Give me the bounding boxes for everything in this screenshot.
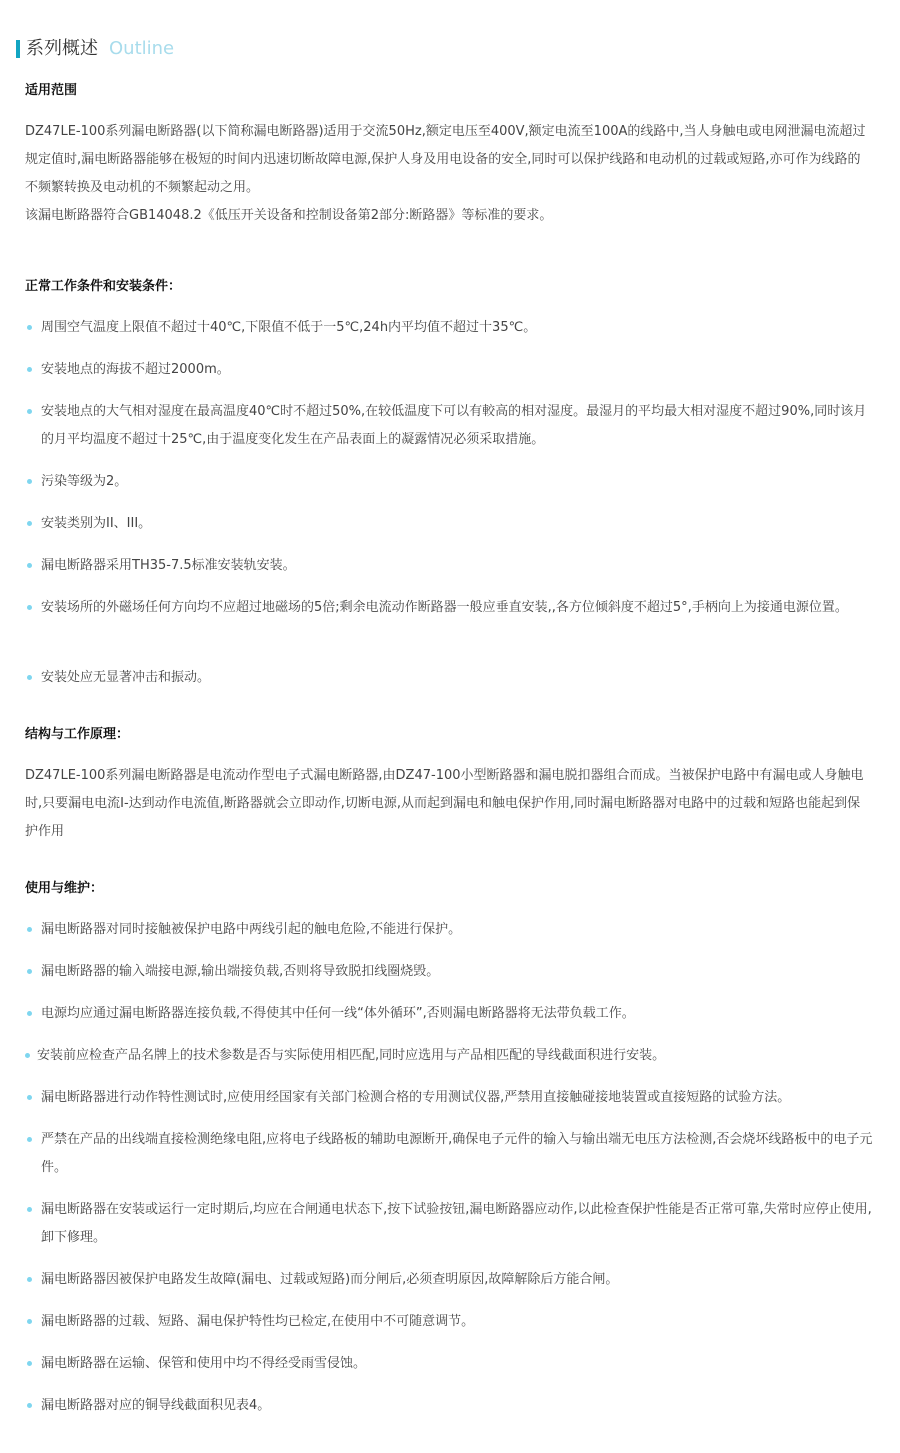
bullet-dot-icon <box>27 1207 32 1212</box>
maintenance-item: 严禁在产品的出线端直接检测绝缘电阻,应将电子线路板的辅助电源断开,确保电子元件的… <box>25 1126 873 1182</box>
heading-structure: 结构与工作原理： <box>25 725 129 745</box>
bullet-dot-icon <box>27 605 32 610</box>
maintenance-item: 漏电断路器进行动作特性测试时,应使用经国家有关部门检测合格的专用测试仪器,严禁用… <box>25 1084 873 1112</box>
maintenance-item: 漏电断路器在安装或运行一定时期后,均应在合闸通电状态下,按下试验按钮,漏电断路器… <box>25 1196 873 1252</box>
bullet-dot-icon <box>27 1095 32 1100</box>
bullet-dot-icon <box>27 969 32 974</box>
bullet-dot-icon <box>27 409 32 414</box>
maintenance-item: 漏电断路器的输入端接电源,输出端接负载,否则将导致脱扣线圈烧毁。 <box>25 958 873 986</box>
bullet-dot-icon <box>27 1011 32 1016</box>
maintenance-item: 漏电断路器的过载、短路、漏电保护特性均已检定,在使用中不可随意调节。 <box>25 1308 873 1336</box>
bullet-dot-icon <box>27 675 32 680</box>
heading-conditions: 正常工作条件和安装条件： <box>25 277 181 297</box>
bullet-dot-icon <box>27 521 32 526</box>
scope-paragraph-2: 该漏电断路器符合GB14048.2《低压开关设备和控制设备第2部分:断路器》等标… <box>25 202 873 230</box>
bullet-dot-icon <box>27 325 32 330</box>
section-title: 系列概述 Outline <box>16 38 174 60</box>
condition-item: 安装处应无显著冲击和振动。 <box>25 664 873 692</box>
bullet-dot-icon <box>27 1403 32 1408</box>
maintenance-item: 漏电断路器在运输、保管和使用中均不得经受雨雪侵蚀。 <box>25 1350 873 1378</box>
bullet-dot-icon <box>27 1319 32 1324</box>
structure-paragraph: DZ47LE-100系列漏电断路器是电流动作型电子式漏电断路器,由DZ47-10… <box>25 762 873 846</box>
bullet-dot-icon <box>27 1361 32 1366</box>
bullet-dot-icon <box>27 367 32 372</box>
heading-maintenance: 使用与维护： <box>25 879 103 899</box>
maintenance-item: 漏电断路器因被保护电路发生故障(漏电、过载或短路)而分闸后,必须查明原因,故障解… <box>25 1266 873 1294</box>
bullet-dot-icon <box>27 927 32 932</box>
condition-item: 安装场所的外磁场任何方向均不应超过地磁场的5倍;剩余电流动作断路器一般应垂直安装… <box>25 594 873 622</box>
condition-item: 安装类别为II、III。 <box>25 510 873 538</box>
maintenance-item: 电源均应通过漏电断路器连接负载,不得使其中任何一线“体外循环”,否则漏电断路器将… <box>25 1000 873 1028</box>
bullet-dot-icon <box>27 479 32 484</box>
bullet-dot-icon <box>25 1053 30 1058</box>
condition-item: 漏电断路器采用TH35-7.5标准安装轨安装。 <box>25 552 873 580</box>
scope-paragraph-1: DZ47LE-100系列漏电断路器(以下简称漏电断路器)适用于交流50Hz,额定… <box>25 118 873 202</box>
condition-item: 安装地点的海拔不超过2000m。 <box>25 356 873 384</box>
title-chinese: 系列概述 <box>26 38 98 60</box>
maintenance-item: 安装前应检查产品名牌上的技术参数是否与实际使用相匹配,同时应选用与产品相匹配的导… <box>25 1042 873 1070</box>
condition-item: 污染等级为2。 <box>25 468 873 496</box>
maintenance-item: 漏电断路器对同时接触被保护电路中两线引起的触电危险,不能进行保护。 <box>25 916 873 944</box>
heading-scope: 适用范围 <box>25 81 77 101</box>
bullet-dot-icon <box>27 1137 32 1142</box>
bullet-dot-icon <box>27 1277 32 1282</box>
condition-item: 安装地点的大气相对湿度在最高温度40℃时不超过50%,在较低温度下可以有較高的相… <box>25 398 873 454</box>
bullet-dot-icon <box>27 563 32 568</box>
condition-item: 周围空气温度上限值不超过十40℃,下限值不低于一5℃,24h内平均值不超过十35… <box>25 314 873 342</box>
title-english: Outline <box>109 38 174 60</box>
maintenance-item: 漏电断路器对应的铜导线截面积见表4。 <box>25 1392 873 1420</box>
title-accent-bar <box>16 40 20 58</box>
